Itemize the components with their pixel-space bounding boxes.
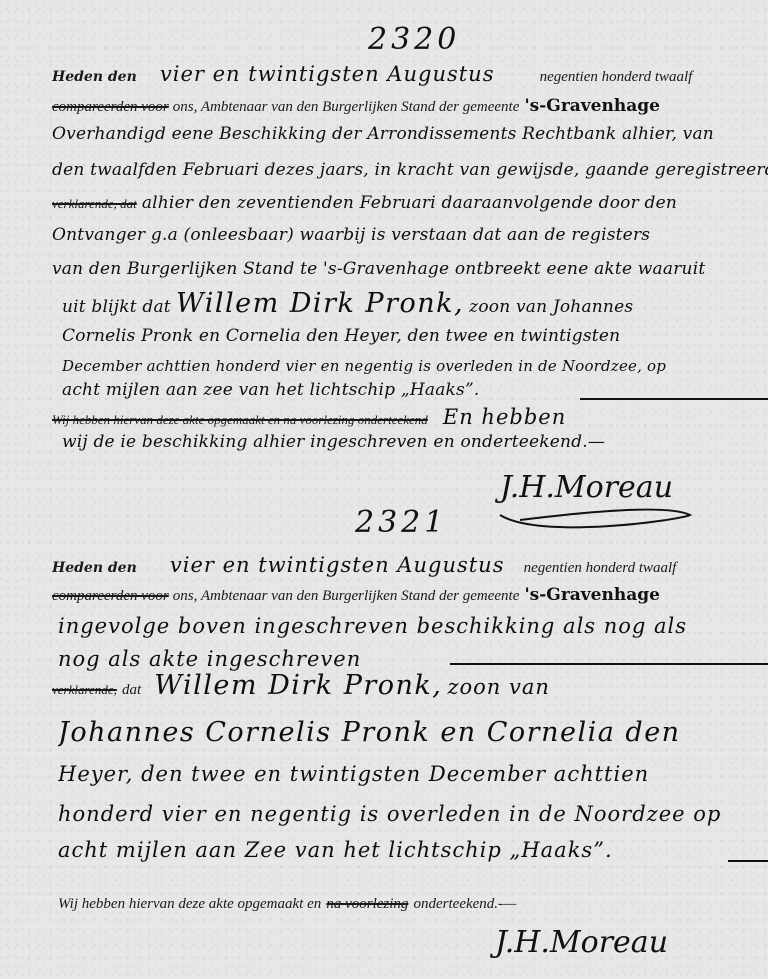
handwritten-line: wij de ie beschikking alhier ingeschreve… — [62, 432, 768, 452]
printed-text: onderteekend.-— — [414, 896, 517, 912]
handwritten-line: acht mijlen aan Zee van het lichtschip „… — [58, 838, 768, 862]
place-name: 's-Gravenhage — [524, 585, 659, 605]
entry-line: Wij hebben hiervan deze akte opgemaakt e… — [58, 893, 768, 913]
printed-text: Heden den — [52, 69, 137, 85]
struck-text: verklarende, — [52, 682, 117, 697]
handwritten-line: ingevolge boven ingeschreven beschikking… — [58, 614, 768, 638]
entry-line: verklarende, dat alhier den zeventienden… — [52, 193, 768, 213]
handwritten-text: alhier den zeventienden Februari daaraan… — [142, 193, 677, 213]
printed-text: ons, Ambtenaar van den Burgerlijken Stan… — [173, 588, 520, 604]
signature: J.H.Moreau — [495, 925, 668, 960]
handwritten-text: zoon van Johannes — [469, 297, 633, 317]
printed-text: negentien honderd twaalf — [540, 69, 693, 85]
handwritten-line: van den Burgerlijken Stand te 's-Gravenh… — [52, 259, 768, 279]
fill-line — [450, 663, 768, 665]
signature-flourish — [480, 460, 700, 540]
struck-text: compareerden voor — [52, 99, 169, 115]
printed-text: Wij hebben hiervan deze akte opgemaakt e… — [58, 896, 321, 912]
deceased-name: Willem Dirk Pronk, — [176, 288, 464, 319]
struck-text: verklarende, dat — [52, 196, 137, 211]
struck-text: Wij hebben hiervan deze akte opgemaakt e… — [52, 412, 428, 427]
handwritten-line: Heyer, den twee en twintigsten December … — [58, 762, 768, 786]
handwritten-line: December achttien honderd vier en negent… — [62, 357, 768, 375]
entry-line: Wij hebben hiervan deze akte opgemaakt e… — [52, 405, 768, 429]
handwritten-line: den twaalfden Februari dezes jaars, in k… — [52, 160, 768, 180]
struck-text: compareerden voor — [52, 588, 169, 604]
handwritten-text: En hebben — [443, 405, 566, 429]
act-number: 2320 — [368, 22, 460, 57]
scanned-register-page: 2320 Heden den vier en twintigsten Augus… — [0, 0, 768, 979]
handwritten-line: Cornelis Pronk en Cornelia den Heyer, de… — [62, 326, 768, 346]
handwritten-text: uit blijkt dat — [62, 297, 171, 317]
entry-line: Heden den vier en twintigsten Augustus n… — [52, 553, 768, 577]
entry-line: compareerden voorons, Ambtenaar van den … — [52, 585, 768, 605]
handwritten-line: Overhandigd eene Beschikking der Arrondi… — [52, 124, 768, 144]
handwritten-line: Johannes Cornelis Pronk en Cornelia den — [58, 717, 768, 748]
handwritten-line: Ontvanger g.a (onleesbaar) waarbij is ve… — [52, 225, 768, 245]
printed-text: negentien honderd twaalf — [524, 560, 677, 576]
printed-text: Heden den — [52, 560, 137, 576]
handwritten-line: acht mijlen aan zee van het lichtschip „… — [62, 380, 768, 400]
entry-line: Heden den vier en twintigsten Augustus n… — [52, 62, 768, 86]
handwritten-text: vier en twintigsten Augustus — [170, 553, 505, 577]
place-name: 's-Gravenhage — [524, 96, 659, 116]
fill-line — [728, 860, 768, 862]
entry-line: verklarende, dat Willem Dirk Pronk, zoon… — [52, 670, 768, 701]
printed-text: dat — [122, 682, 141, 698]
act-number: 2321 — [355, 505, 447, 540]
printed-text: ons, Ambtenaar van den Burgerlijken Stan… — [173, 99, 520, 115]
deceased-name: Willem Dirk Pronk, — [154, 670, 442, 701]
struck-text: na voorlezing — [326, 896, 408, 912]
handwritten-line: honderd vier en negentig is overleden in… — [58, 802, 768, 826]
handwritten-text: vier en twintigsten Augustus — [160, 62, 495, 86]
entry-line: uit blijkt dat Willem Dirk Pronk, zoon v… — [62, 288, 768, 319]
entry-line: compareerden voorons, Ambtenaar van den … — [52, 96, 768, 116]
handwritten-text: zoon van — [447, 675, 549, 699]
handwritten-line: nog als akte ingeschreven — [58, 647, 768, 671]
fill-line — [580, 398, 768, 400]
